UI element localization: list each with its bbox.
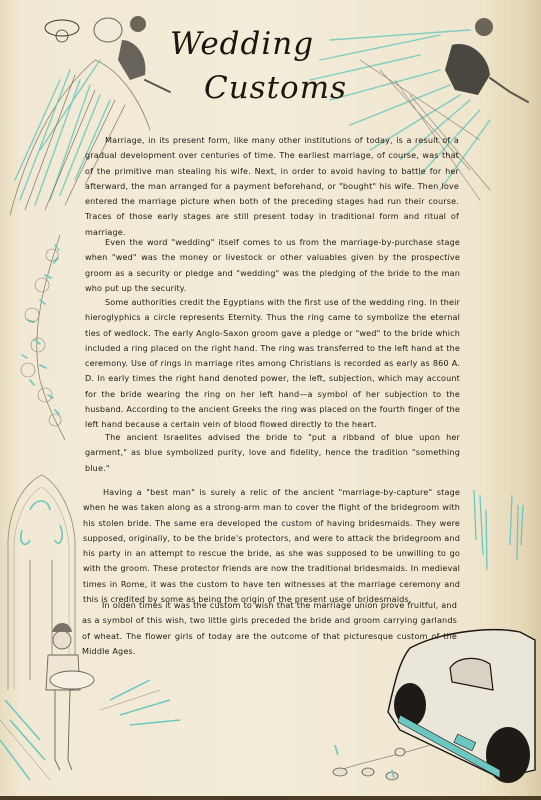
- paragraph-wedding-word: Even the word "wedding" itself comes to …: [85, 235, 460, 296]
- paragraph-text: Some authorities credit the Egyptians wi…: [85, 295, 460, 433]
- paragraph-something-blue: The ancient Israelites advised the bride…: [85, 430, 460, 476]
- paragraph-text: Marriage, in its present form, like many…: [85, 133, 459, 240]
- paragraph-wedding-ring: Some authorities credit the Egyptians wi…: [85, 295, 460, 433]
- title-line-2: Customs: [170, 66, 310, 110]
- paragraph-marriage-history: Marriage, in its present form, like many…: [85, 133, 459, 240]
- booklet-page: Wedding Customs Marriage, in its present…: [0, 0, 541, 800]
- decorative-drape-illustration: [474, 490, 523, 570]
- paragraph-text: Having a "best man" is surely a relic of…: [83, 485, 460, 607]
- paragraph-best-man: Having a "best man" is surely a relic of…: [83, 485, 460, 607]
- paragraph-text: The ancient Israelites advised the bride…: [85, 430, 460, 476]
- paragraph-text: Even the word "wedding" itself comes to …: [85, 235, 460, 296]
- title-line-1: Wedding: [170, 22, 310, 66]
- page-title: Wedding Customs: [170, 22, 310, 110]
- church-window-illustration: [8, 475, 75, 690]
- flower-branch-illustration: [21, 235, 65, 440]
- paragraph-text: In olden times it was the custom to wish…: [82, 598, 457, 659]
- paragraph-flower-girls: In olden times it was the custom to wish…: [82, 598, 457, 659]
